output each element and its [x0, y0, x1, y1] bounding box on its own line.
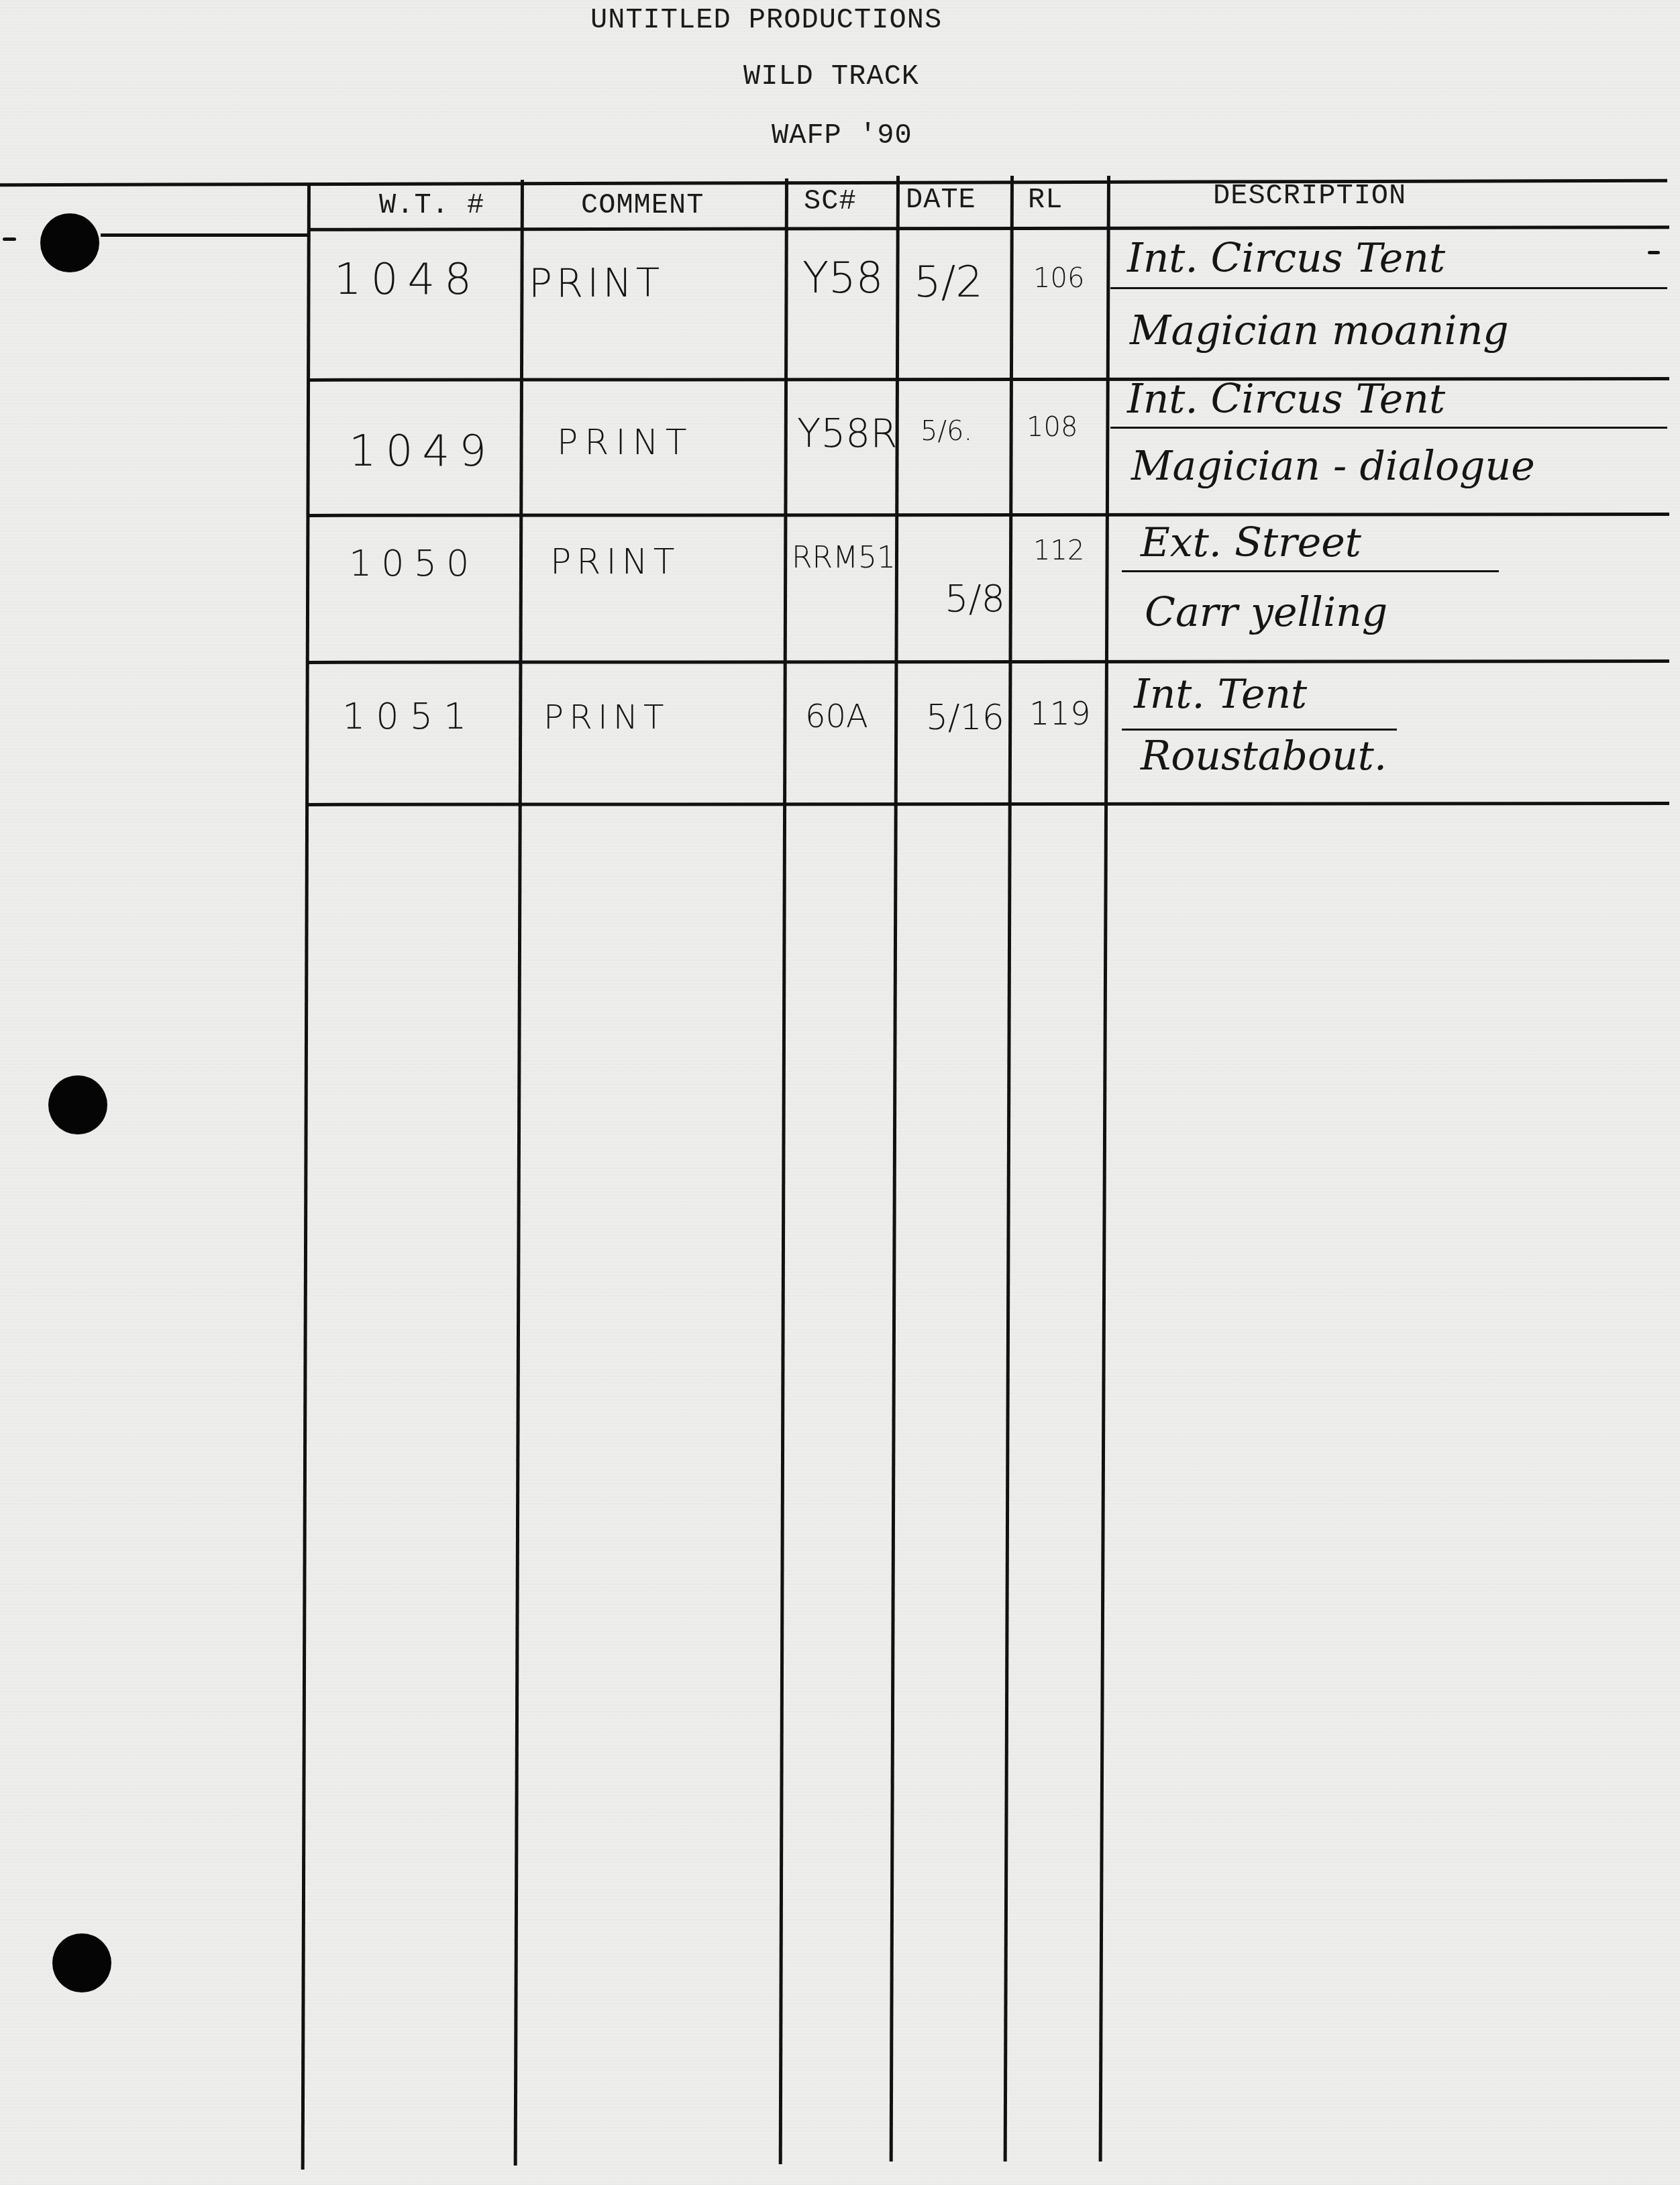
- cell-rl: 112: [1033, 535, 1084, 566]
- cell-description-line2: Roustabout.: [1141, 733, 1387, 780]
- cell-date: 5/6.: [921, 416, 972, 447]
- cell-description-line1: Int. Tent: [1134, 671, 1307, 718]
- cell-description-line2: Carr yelling: [1145, 589, 1387, 636]
- desc-subrule-row4: [1122, 729, 1397, 731]
- project-code: WAFP '90: [772, 119, 912, 152]
- column-divider-rl-desc: [1099, 176, 1110, 2162]
- cell-comment: PRINT: [557, 423, 694, 463]
- column-divider-date-rl: [1004, 176, 1014, 2162]
- row-separator-4: [307, 802, 1669, 806]
- row-separator-2: [307, 513, 1669, 517]
- cell-rl: 119: [1029, 695, 1091, 733]
- cell-wt: 1051: [342, 695, 477, 737]
- cell-comment: PRINT: [529, 260, 664, 306]
- column-header-rl: RL: [1028, 184, 1063, 216]
- cell-description-line1: Int. Circus Tent: [1127, 235, 1445, 282]
- cell-sc: Y58: [802, 254, 884, 303]
- binder-hole-top: [40, 213, 99, 272]
- column-divider-left: [301, 184, 311, 2170]
- cell-description-line2: Magician - dialogue: [1131, 443, 1535, 490]
- column-header-sc: SC#: [804, 185, 857, 217]
- cell-comment: PRINT: [543, 698, 670, 737]
- cell-sc: 60A: [805, 698, 868, 735]
- cell-comment: PRINT: [550, 542, 680, 582]
- cell-description-line1: Int. Circus Tent: [1127, 376, 1445, 423]
- column-header-description: DESCRIPTION: [1213, 180, 1406, 212]
- column-header-wt: W.T. #: [379, 189, 484, 221]
- column-header-comment: COMMENT: [581, 189, 704, 221]
- row-separator-1: [307, 377, 1669, 382]
- binder-hole-bottom: [52, 1933, 111, 1992]
- hole-guide-rule: [101, 233, 309, 237]
- column-divider-sc-date: [890, 176, 900, 2162]
- cell-sc: RRM51: [792, 541, 896, 575]
- column-divider-comment-sc: [779, 178, 788, 2164]
- header-bottom-rule: [307, 225, 1669, 231]
- margin-mark: [3, 237, 16, 241]
- cell-date: 5/16: [926, 698, 1004, 738]
- cell-wt: 1050: [349, 542, 478, 584]
- cell-description-line2: Magician moaning: [1130, 307, 1509, 354]
- cell-wt: 1049: [349, 427, 496, 476]
- cell-sc: Y58R: [797, 411, 898, 456]
- cell-wt: 1048: [334, 255, 481, 305]
- column-divider-wt-comment: [514, 180, 524, 2166]
- cell-date: 5/2: [914, 258, 983, 307]
- margin-mark-right: [1648, 251, 1660, 254]
- document-title: WILD TRACK: [743, 60, 919, 93]
- company-name: UNTITLED PRODUCTIONS: [590, 4, 942, 36]
- desc-subrule-row2: [1110, 427, 1667, 429]
- cell-rl: 106: [1033, 263, 1084, 294]
- binder-hole-middle: [48, 1075, 107, 1134]
- cell-rl: 108: [1027, 412, 1078, 443]
- column-header-date: DATE: [906, 184, 976, 216]
- desc-subrule-row1: [1110, 287, 1667, 289]
- desc-subrule-row3: [1122, 570, 1499, 572]
- cell-date: 5/8: [945, 577, 1005, 621]
- row-separator-3: [307, 659, 1669, 664]
- cell-description-line1: Ext. Street: [1141, 519, 1361, 566]
